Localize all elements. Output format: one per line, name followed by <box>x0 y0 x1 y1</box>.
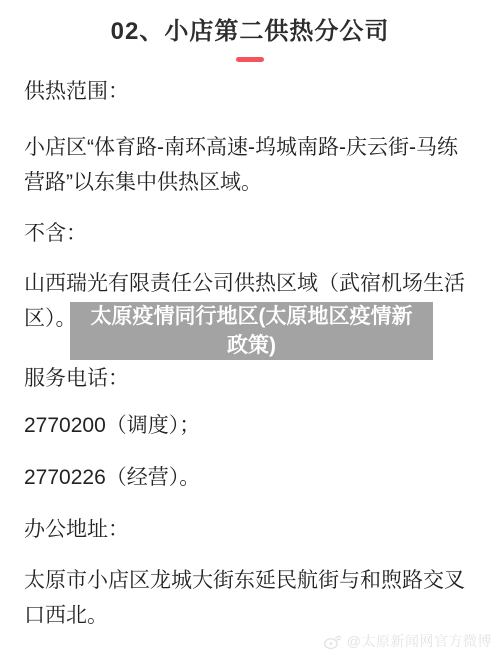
heating-range-text: 小店区“体育路-南环高速-坞城南路-庆云街-马练营路”以东集中供热区域。 <box>24 130 472 200</box>
office-address-label: 办公地址： <box>24 512 472 547</box>
page-title: 02、小店第二供热分公司 <box>0 14 500 50</box>
caption-overlay-text: 太原疫情同行地区(太原地区疫情新政策) <box>88 302 415 360</box>
office-address-text: 太原市小店区龙城大街东延民航街与和煦路交叉口西北。 <box>24 563 472 633</box>
caption-overlay: 太原疫情同行地区(太原地区疫情新政策) <box>70 302 433 360</box>
title-accent-dash <box>236 57 264 62</box>
watermark: @太原新闻网官方微博 <box>323 630 492 652</box>
article-page: 02、小店第二供热分公司 供热范围： 小店区“体育路-南环高速-坞城南路-庆云街… <box>0 0 500 655</box>
exclusion-label: 不含： <box>24 216 472 251</box>
heating-range-label: 供热范围： <box>24 74 472 109</box>
weibo-logo-icon <box>323 633 343 650</box>
phone-business: 2770226（经营）。 <box>24 460 472 495</box>
watermark-text: @太原新闻网官方微博 <box>347 630 492 652</box>
phone-dispatch: 2770200（调度）； <box>24 408 472 443</box>
service-phone-label: 服务电话： <box>24 361 472 396</box>
